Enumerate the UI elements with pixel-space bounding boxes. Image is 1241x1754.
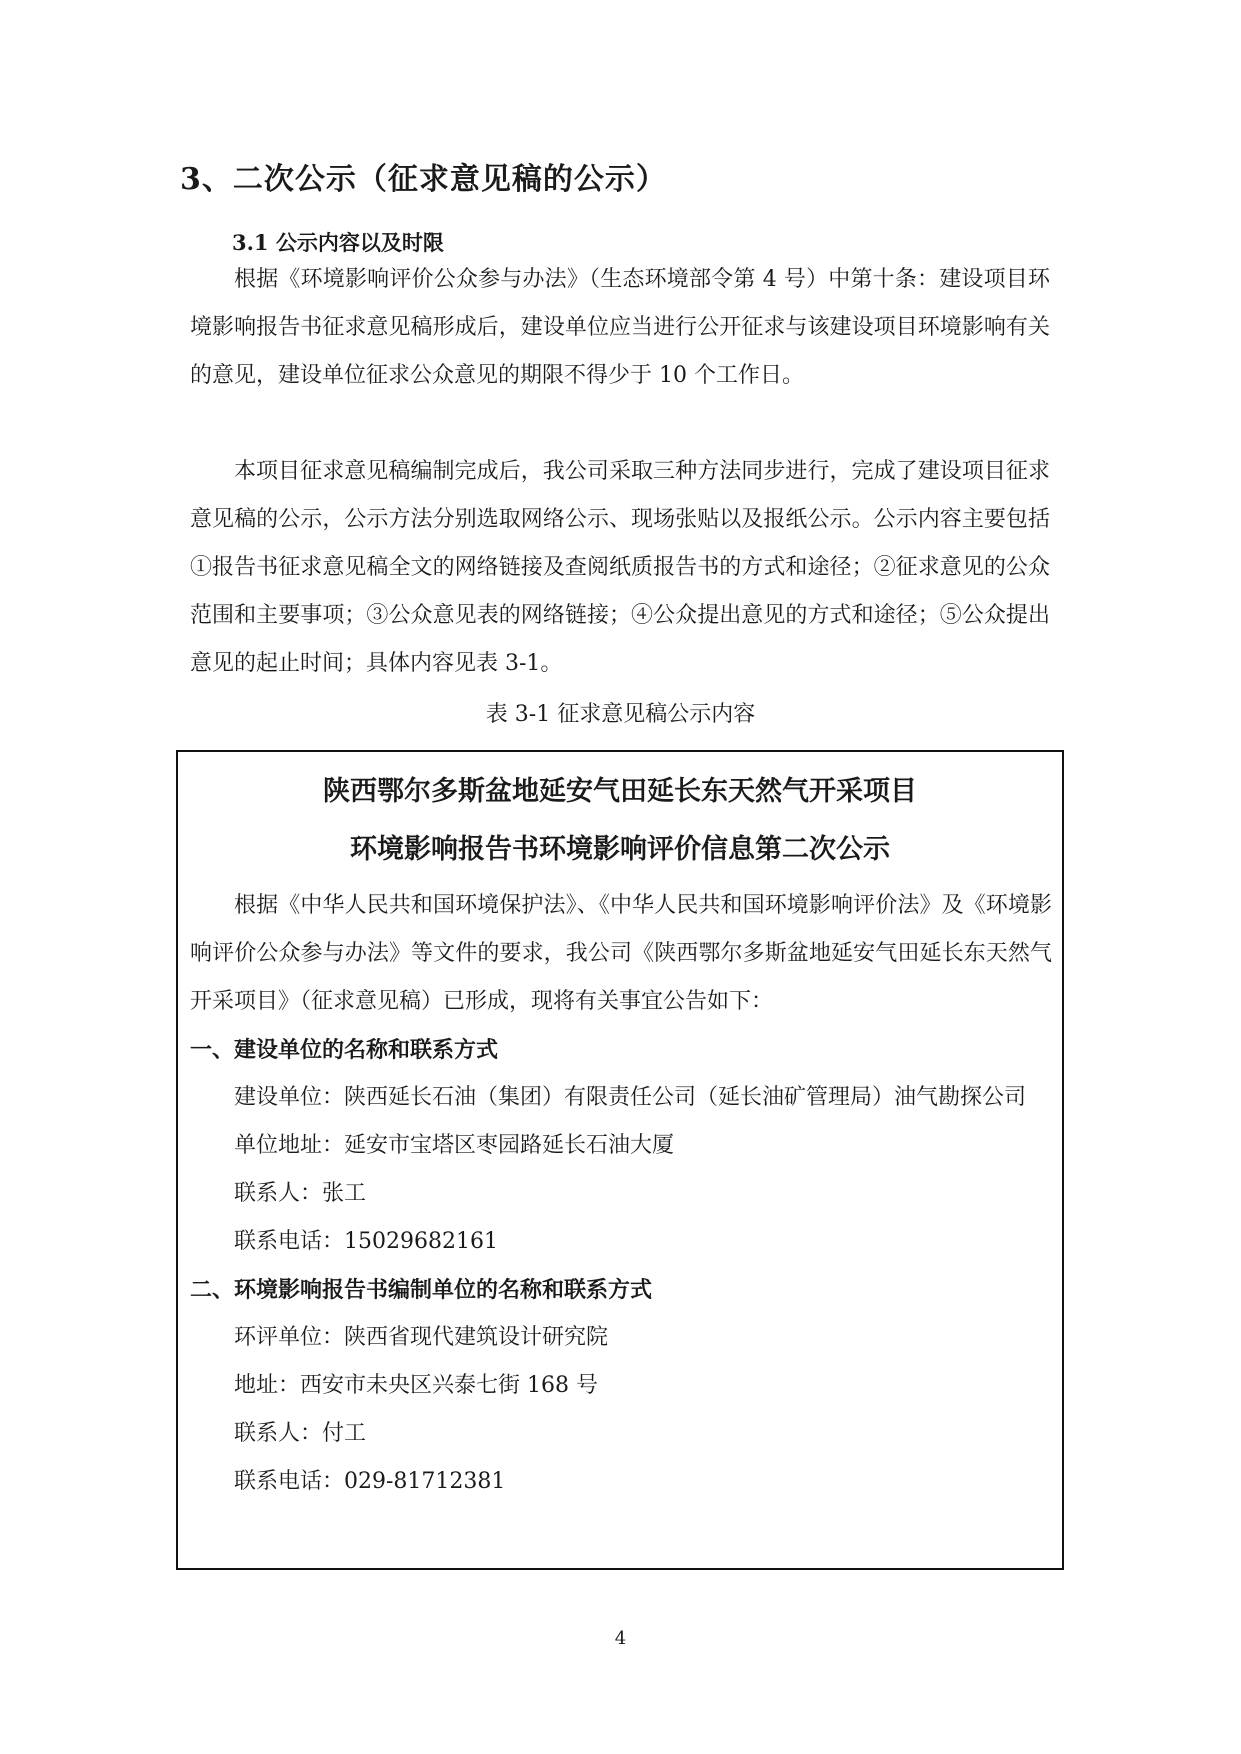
body-paragraph-2: 本项目征求意见稿编制完成后，我公司采取三种方法同步进行，完成了建设项目征求意见稿…	[190, 448, 1050, 688]
notice-title-line-2: 环境影响报告书环境影响评价信息第二次公示	[178, 832, 1062, 868]
document-page: 3、二次公示（征求意见稿的公示） 3.1 公示内容以及时限 根据《环境影响评价公…	[0, 0, 1241, 1754]
eia-unit-contact: 联系人：付工	[190, 1410, 1052, 1458]
page-number: 4	[0, 1628, 1241, 1649]
subsection-heading: 3.1 公示内容以及时限	[232, 228, 444, 258]
eia-unit-phone: 联系电话：029-81712381	[190, 1458, 1052, 1506]
body-paragraph-1: 根据《环境影响评价公众参与办法》（生态环境部令第 4 号）中第十条：建设项目环境…	[190, 256, 1050, 400]
notice-section-heading-2: 二、环境影响报告书编制单位的名称和联系方式	[190, 1266, 1052, 1314]
notice-title-line-1: 陕西鄂尔多斯盆地延安气田延长东天然气开采项目	[178, 774, 1062, 810]
builder-phone: 联系电话：15029682161	[190, 1218, 1052, 1266]
builder-address: 单位地址：延安市宝塔区枣园路延长石油大厦	[190, 1122, 1052, 1170]
notice-intro: 根据《中华人民共和国环境保护法》、《中华人民共和国环境影响评价法》及《环境影响评…	[190, 882, 1052, 1026]
notice-section-heading-1: 一、建设单位的名称和联系方式	[190, 1026, 1052, 1074]
section-heading: 3、二次公示（征求意见稿的公示）	[180, 160, 667, 200]
notice-box: 陕西鄂尔多斯盆地延安气田延长东天然气开采项目 环境影响报告书环境影响评价信息第二…	[176, 750, 1064, 1570]
eia-unit-name: 环评单位：陕西省现代建筑设计研究院	[190, 1314, 1052, 1362]
eia-unit-address: 地址：西安市未央区兴泰七街 168 号	[190, 1362, 1052, 1410]
table-caption: 表 3-1 征求意见稿公示内容	[0, 700, 1241, 730]
builder-name: 建设单位：陕西延长石油（集团）有限责任公司（延长油矿管理局）油气勘探公司	[190, 1074, 1052, 1122]
builder-contact: 联系人：张工	[190, 1170, 1052, 1218]
notice-body: 根据《中华人民共和国环境保护法》、《中华人民共和国环境影响评价法》及《环境影响评…	[190, 882, 1052, 1506]
